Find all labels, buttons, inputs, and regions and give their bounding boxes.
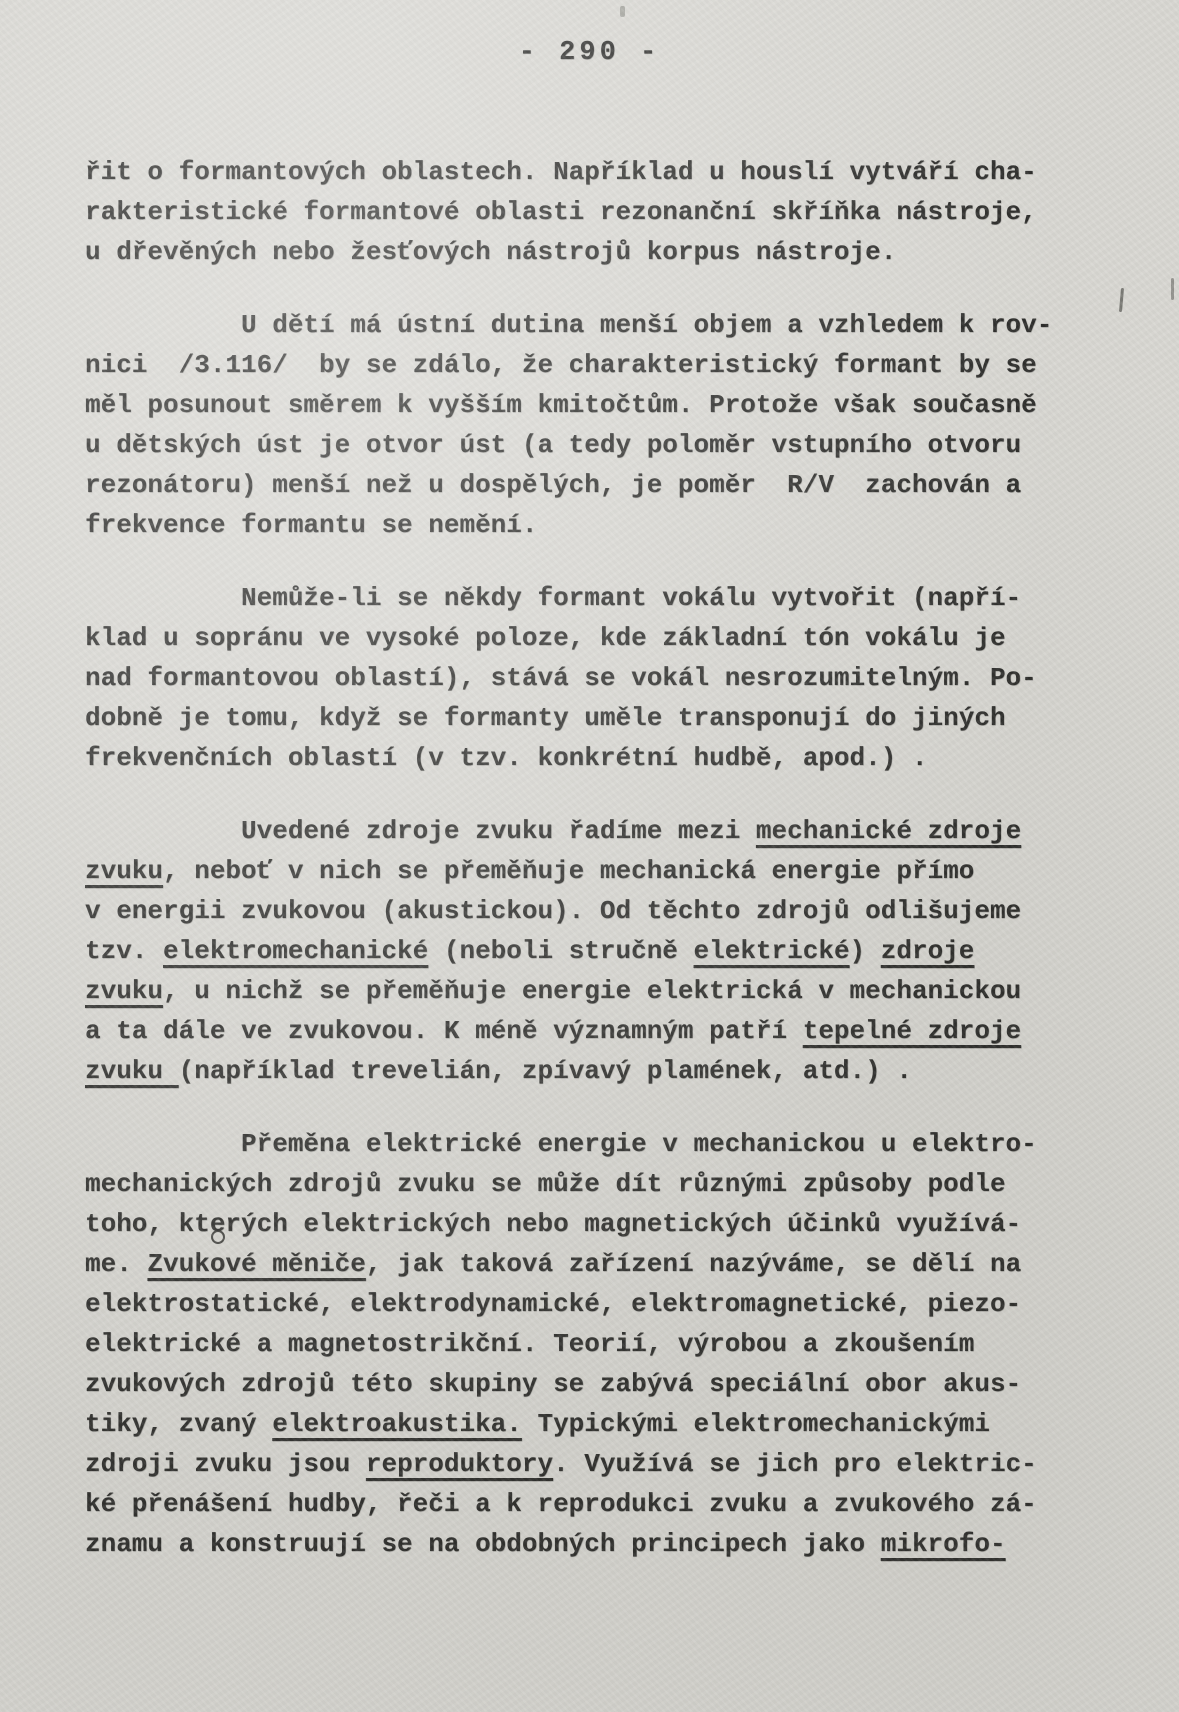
paragraph: Přeměna elektrické energie v mechanickou… [85,1124,1052,1564]
underlined-term: o [210,1244,226,1284]
text-line: nici /3.116/ by se zdálo, že charakteris… [85,345,1052,385]
text-line: tiky, zvaný elektroakustika. Typickými e… [85,1404,1052,1444]
scan-artifact [1171,278,1174,300]
text-line: řit o formantových oblastech. Například … [85,152,1052,192]
scan-artifact [620,6,625,17]
text-line: tzv. elektromechanické (neboli stručně e… [85,931,1052,971]
text-segment: elektrostatické, elektrodynamické, elekt… [85,1289,1021,1319]
text-segment: v energii zvukovou (akustickou). Od těch… [85,896,1021,926]
text-line: dobně je tomu, když se formanty uměle tr… [85,698,1052,738]
text-line: toho, kterých elektrických nebo magnetic… [85,1204,1052,1244]
text-segment: (například trevelián, zpívavý plamének, … [179,1056,912,1086]
underlined-term: zdroje [881,936,975,966]
text-segment: řit o formantových oblastech. Například … [85,157,1037,187]
text-line: zvukových zdrojů této skupiny se zabývá … [85,1364,1052,1404]
underlined-term: mikrofo- [881,1529,1006,1559]
text-segment: ké přenášení hudby, řeči a k reprodukci … [85,1489,1037,1519]
underlined-term: Zvuk [147,1249,209,1279]
text-segment: nad formantovou oblastí), stává se vokál… [85,663,1037,693]
text-segment: Nemůže-li se někdy formant vokálu vytvoř… [85,583,1021,613]
text-segment: rezonátoru) menší než u dospělých, je po… [85,470,1021,500]
text-segment: u dětských úst je otvor úst (a tedy polo… [85,430,1021,460]
underlined-term: reproduktory [366,1449,553,1479]
text-segment: tiky, zvaný [85,1409,272,1439]
underlined-term: elektromechanické [163,936,428,966]
text-line: ké přenášení hudby, řeči a k reprodukci … [85,1484,1052,1524]
text-line: v energii zvukovou (akustickou). Od těch… [85,891,1052,931]
text-line: Nemůže-li se někdy formant vokálu vytvoř… [85,578,1052,618]
text-line: elektrické a magnetostrikční. Teorií, vý… [85,1324,1052,1364]
text-line: nad formantovou oblastí), stává se vokál… [85,658,1052,698]
text-segment: , jak taková zařízení nazýváme, se dělí … [366,1249,1021,1279]
text-segment: a ta dále ve zvukovou. K méně významným … [85,1016,803,1046]
text-line: klad u sopránu ve vysoké poloze, kde zák… [85,618,1052,658]
text-segment: frekvence formantu se nemění. [85,510,537,540]
text-segment: elektrické a magnetostrikční. Teorií, vý… [85,1329,974,1359]
text-line: u dřevěných nebo žesťových nástrojů korp… [85,232,1052,272]
text-segment: U dětí má ústní dutina menší objem a vzh… [85,310,1052,340]
text-segment: , u nichž se přeměňuje energie elektrick… [163,976,1021,1006]
text-segment: Přeměna elektrické energie v mechanickou… [85,1129,1037,1159]
underlined-term: mechanické zdroje [756,816,1021,846]
text-segment: , neboť v nich se přeměňuje mechanická e… [163,856,974,886]
underlined-term: elektrické [694,936,850,966]
text-segment: Uvedené zdroje zvuku řadíme mezi [85,816,756,846]
text-segment: zdroji zvuku jsou [85,1449,366,1479]
paragraph: Uvedené zdroje zvuku řadíme mezi mechani… [85,811,1052,1091]
text-line: a ta dále ve zvukovou. K méně významným … [85,1011,1052,1051]
text-line: znamu a konstruují se na obdobných princ… [85,1524,1052,1564]
text-segment: Typickými elektromechanickými [522,1409,990,1439]
text-segment: nici /3.116/ by se zdálo, že charakteris… [85,350,1037,380]
text-line: zdroji zvuku jsou reproduktory. Využívá … [85,1444,1052,1484]
text-segment: (neboli stručně [428,936,693,966]
text-segment: rakteristické formantové oblasti rezonan… [85,197,1037,227]
text-line: zvuku, u nichž se přeměňuje energie elek… [85,971,1052,1011]
text-line: frekvence formantu se nemění. [85,505,1052,545]
text-segment: tzv. [85,936,163,966]
text-segment: měl posunout směrem k vyšším kmitočtům. … [85,390,1037,420]
text-segment: dobně je tomu, když se formanty uměle tr… [85,703,1006,733]
text-segment: toho, kterých elektrických nebo magnetic… [85,1209,1021,1239]
text-segment: mechanických zdrojů zvuku se může dít rů… [85,1169,1006,1199]
text-segment: zvukových zdrojů této skupiny se zabývá … [85,1369,1021,1399]
text-body: řit o formantových oblastech. Například … [85,152,1052,1564]
text-line: U dětí má ústní dutina menší objem a vzh… [85,305,1052,345]
text-line: me. Zvukové měniče, jak taková zařízení … [85,1244,1052,1284]
text-segment: klad u sopránu ve vysoké poloze, kde zák… [85,623,1006,653]
text-line: rakteristické formantové oblasti rezonan… [85,192,1052,232]
paragraph: řit o formantových oblastech. Například … [85,152,1052,272]
text-line: rezonátoru) menší než u dospělých, je po… [85,465,1052,505]
text-segment: u dřevěných nebo žesťových nástrojů korp… [85,237,896,267]
text-segment: me. [85,1249,147,1279]
text-line: zvuku, neboť v nich se přeměňuje mechani… [85,851,1052,891]
text-line: mechanických zdrojů zvuku se může dít rů… [85,1164,1052,1204]
text-line: Uvedené zdroje zvuku řadíme mezi mechani… [85,811,1052,851]
text-segment: . Využívá se jich pro elektric- [553,1449,1037,1479]
text-line: Přeměna elektrické energie v mechanickou… [85,1124,1052,1164]
underlined-term: zvuku [85,976,163,1006]
underlined-term: elektroakustika. [272,1409,522,1439]
scanned-document-page: { "page": { "number_label": "- 290 -", "… [0,0,1179,1712]
text-line: měl posunout směrem k vyšším kmitočtům. … [85,385,1052,425]
underlined-term: vé měniče [225,1249,365,1279]
paragraph: U dětí má ústní dutina menší objem a vzh… [85,305,1052,545]
underlined-term: zvuku [85,856,163,886]
text-line: elektrostatické, elektrodynamické, elekt… [85,1284,1052,1324]
underlined-term: zvuku [85,1056,179,1086]
page-number: - 290 - [0,38,1179,68]
scan-artifact [1119,288,1124,312]
text-segment: znamu a konstruují se na obdobných princ… [85,1529,881,1559]
text-segment: ) [850,936,881,966]
text-line: zvuku (například trevelián, zpívavý plam… [85,1051,1052,1091]
underlined-term: tepelné zdroje [803,1016,1021,1046]
paragraph: Nemůže-li se někdy formant vokálu vytvoř… [85,578,1052,778]
text-line: frekvenčních oblastí (v tzv. konkrétní h… [85,738,1052,778]
text-segment: frekvenčních oblastí (v tzv. konkrétní h… [85,743,928,773]
text-line: u dětských úst je otvor úst (a tedy polo… [85,425,1052,465]
